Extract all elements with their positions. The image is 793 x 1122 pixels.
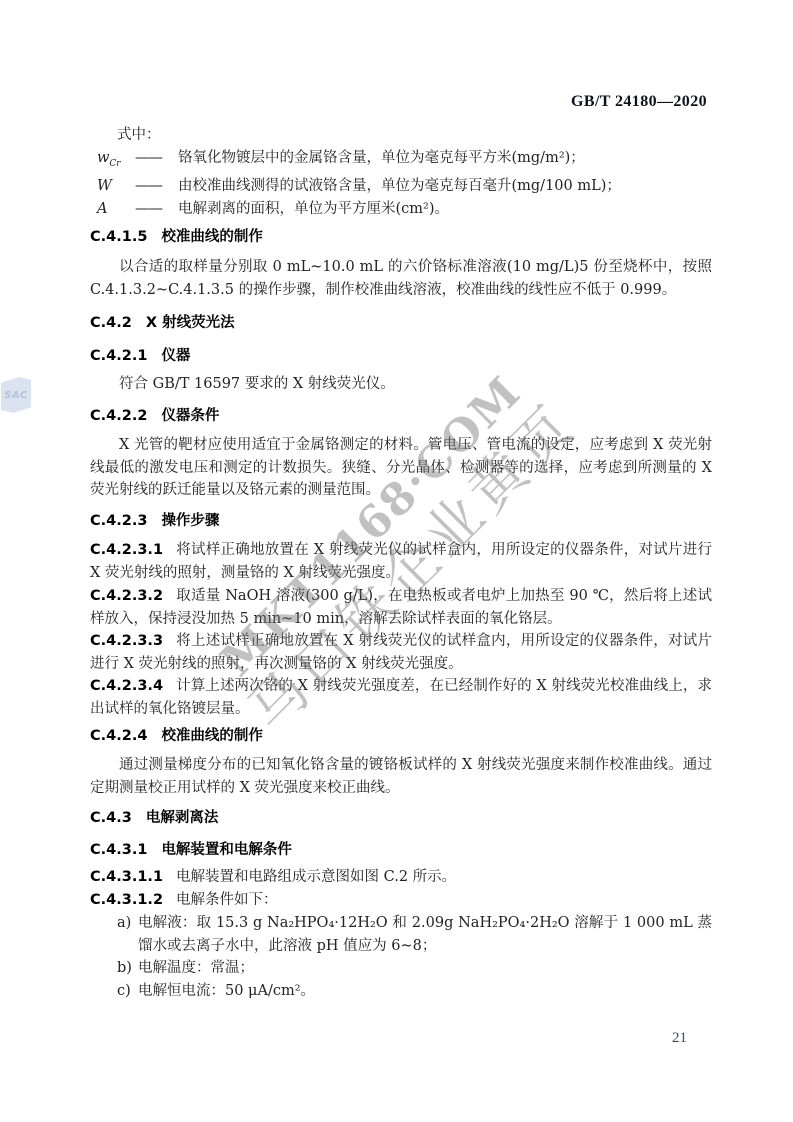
clause-text: 电解条件如下：	[176, 892, 278, 908]
symbol-letter: w	[97, 150, 109, 166]
clause-text: 将上述试样正确地放置在 X 射线荧光仪的试样盒内，用所设定的仪器条件，对试片进行…	[90, 633, 712, 672]
clause-number: C.4.3.1.1	[90, 869, 163, 885]
clause-number: C.4.2.1	[90, 348, 147, 364]
symbol-letter: A	[97, 201, 107, 217]
clause-number: C.4.1.5	[90, 229, 147, 245]
symbol-letter: W	[97, 178, 112, 194]
page-number: 21	[672, 1030, 687, 1047]
clause-c4311: C.4.3.1.1电解装置和电路组成示意图如图 C.2 所示。	[90, 866, 712, 889]
clause-number: C.4.2.3.4	[90, 678, 163, 694]
clause-c4312: C.4.3.1.2电解条件如下：	[90, 889, 712, 912]
clause-c4232: C.4.2.3.2取适量 NaOH 溶液(300 g/L)，在电热板或者电炉上加…	[90, 585, 712, 630]
heading-title: 电解剥离法	[146, 810, 219, 826]
formula-key-row: wCr —— 铬氧化物镀层中的金属铬含量，单位为毫克每平方米(mg/m²)；	[90, 147, 712, 176]
heading-c422: C.4.2.2仪器条件	[90, 405, 712, 428]
paragraph-c422: X 光管的靶材应使用适宜于金属铬测定的材料。管电压、管电流的设定，应考虑到 X …	[90, 434, 712, 502]
list-marker: c)	[117, 980, 138, 1003]
clause-text: 计算上述两次铬的 X 射线荧光强度差，在已经制作好的 X 射线荧光校准曲线上，求…	[90, 678, 712, 717]
list-item: a) 电解液：取 15.3 g Na₂HPO₄·12H₂O 和 2.09g Na…	[117, 912, 712, 957]
list-marker: b)	[117, 957, 138, 980]
symbol-w: W	[90, 175, 135, 198]
clause-number: C.4.3	[90, 810, 132, 826]
formula-key-row: A —— 电解剥离的面积，单位为平方厘米(cm²)。	[90, 198, 712, 221]
key-dash: ——	[135, 175, 178, 198]
clause-number: C.4.2.3.3	[90, 633, 163, 649]
clause-number: C.4.2	[90, 315, 132, 331]
symbol-a: A	[90, 198, 135, 221]
list-item-text: 电解温度：常温；	[138, 957, 712, 980]
list-item: b) 电解温度：常温；	[117, 957, 712, 980]
clause-number: C.4.3.1	[90, 842, 147, 858]
symbol-description: 电解剥离的面积，单位为平方厘米(cm²)。	[178, 198, 712, 221]
clause-text: 将试样正确地放置在 X 射线荧光仪的试样盒内，用所设定的仪器条件，对试片进行 X…	[90, 542, 712, 581]
document-page: SAC GB/T 24180—2020 式中： wCr —— 铬氧化物镀层中的金…	[0, 0, 793, 1122]
symbol-wcr: wCr	[90, 147, 135, 176]
clause-number: C.4.3.1.2	[90, 892, 163, 908]
list-item-text: 电解恒电流：50 μA/cm²。	[138, 980, 712, 1003]
page-content: 式中： wCr —— 铬氧化物镀层中的金属铬含量，单位为毫克每平方米(mg/m²…	[90, 124, 712, 1002]
heading-title: X 射线荧光法	[146, 315, 235, 331]
paragraph-c424: 通过测量梯度分布的已知氧化铬含量的镀铬板试样的 X 射线荧光强度来制作校准曲线。…	[90, 754, 712, 799]
standard-number-header: GB/T 24180—2020	[571, 93, 707, 111]
paragraph-c415: 以合适的取样量分别取 0 mL~10.0 mL 的六价铬标准溶液(10 mg/L…	[90, 256, 712, 301]
clause-number: C.4.2.4	[90, 728, 147, 744]
clause-text: 电解装置和电路组成示意图如图 C.2 所示。	[176, 869, 456, 885]
formula-key-row: W —— 由校准曲线测得的试液铬含量，单位为毫克每百毫升(mg/100 mL)；	[90, 175, 712, 198]
clause-c4231: C.4.2.3.1将试样正确地放置在 X 射线荧光仪的试样盒内，用所设定的仪器条…	[90, 539, 712, 584]
heading-c42: C.4.2X 射线荧光法	[90, 312, 712, 335]
symbol-description: 铬氧化物镀层中的金属铬含量，单位为毫克每平方米(mg/m²)；	[178, 147, 712, 176]
clause-text: 取适量 NaOH 溶液(300 g/L)，在电热板或者电炉上加热至 90 ℃，然…	[90, 588, 712, 627]
clause-c4233: C.4.2.3.3将上述试样正确地放置在 X 射线荧光仪的试样盒内，用所设定的仪…	[90, 630, 712, 675]
heading-title: 校准曲线的制作	[161, 728, 263, 744]
heading-c415: C.4.1.5校准曲线的制作	[90, 226, 712, 249]
heading-c424: C.4.2.4校准曲线的制作	[90, 725, 712, 748]
heading-title: 仪器	[161, 348, 190, 364]
heading-c431: C.4.3.1电解装置和电解条件	[90, 839, 712, 862]
heading-c43: C.4.3电解剥离法	[90, 807, 712, 830]
formula-key-intro: 式中：	[90, 124, 712, 147]
paragraph-c421: 符合 GB/T 16597 要求的 X 射线荧光仪。	[90, 373, 712, 396]
heading-title: 电解装置和电解条件	[161, 842, 292, 858]
conditions-list: a) 电解液：取 15.3 g Na₂HPO₄·12H₂O 和 2.09g Na…	[90, 912, 712, 1002]
symbol-subscript: Cr	[109, 158, 120, 168]
clause-number: C.4.2.3.1	[90, 542, 163, 558]
list-item-text: 电解液：取 15.3 g Na₂HPO₄·12H₂O 和 2.09g NaH₂P…	[138, 912, 712, 957]
key-dash: ——	[135, 147, 178, 176]
clause-number: C.4.2.2	[90, 408, 147, 424]
heading-c423: C.4.2.3操作步骤	[90, 510, 712, 533]
heading-title: 校准曲线的制作	[161, 229, 263, 245]
clause-number: C.4.2.3	[90, 513, 147, 529]
sac-logo-text: SAC	[4, 390, 27, 401]
heading-c421: C.4.2.1仪器	[90, 345, 712, 368]
symbol-description: 由校准曲线测得的试液铬含量，单位为毫克每百毫升(mg/100 mL)；	[178, 175, 712, 198]
heading-title: 仪器条件	[161, 408, 219, 424]
heading-title: 操作步骤	[161, 513, 219, 529]
key-dash: ——	[135, 198, 178, 221]
sac-logo: SAC	[1, 377, 31, 413]
clause-c4234: C.4.2.3.4计算上述两次铬的 X 射线荧光强度差，在已经制作好的 X 射线…	[90, 675, 712, 720]
list-item: c) 电解恒电流：50 μA/cm²。	[117, 980, 712, 1003]
clause-number: C.4.2.3.2	[90, 588, 163, 604]
list-marker: a)	[117, 912, 138, 957]
